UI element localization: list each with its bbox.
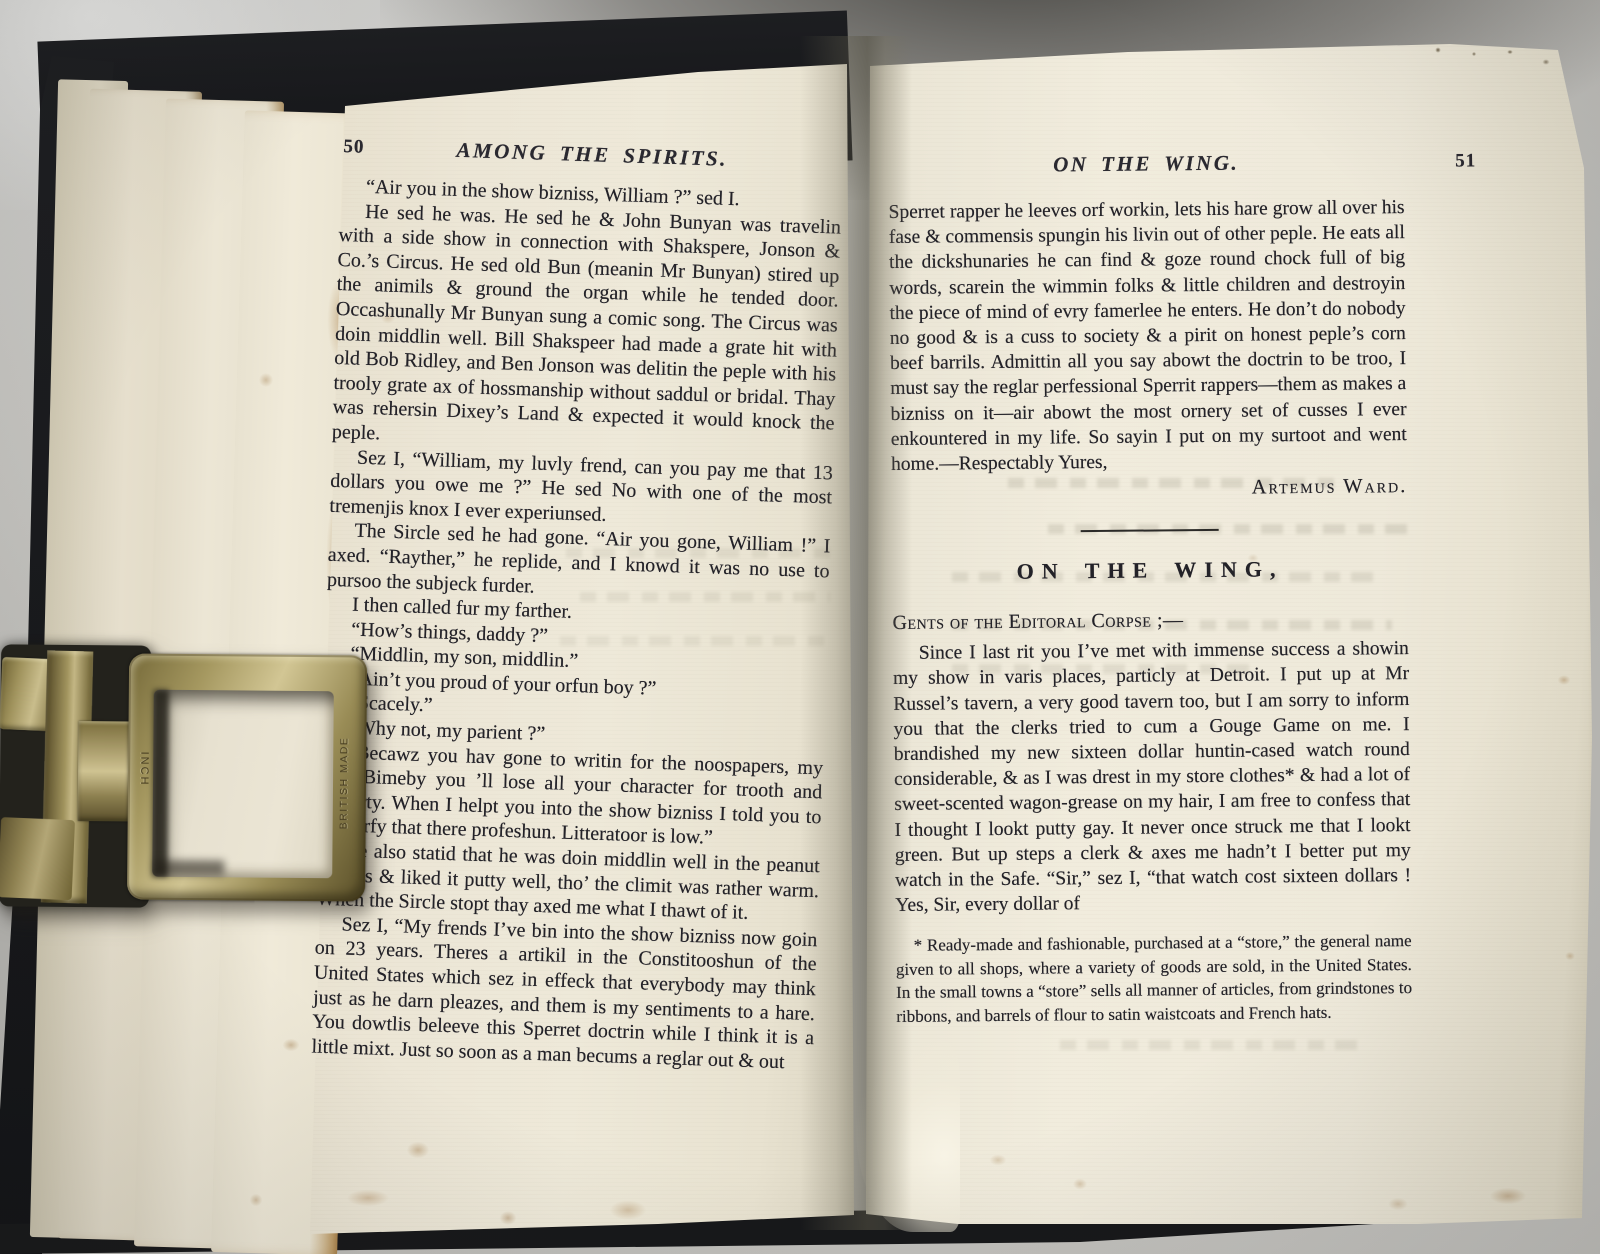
right-page-header: ON THE WING. 51 — [888, 143, 1404, 178]
page-number-right: 51 — [1455, 150, 1476, 172]
clasp-stamp-inch: INCH — [138, 752, 150, 792]
clasp-frame-opening — [152, 690, 334, 879]
paragraph: “Becawz you hav gone to writin for the n… — [318, 739, 823, 854]
footnote: * Ready-made and fashionable, purchased … — [896, 929, 1413, 1028]
section-heading: ON THE WING, — [892, 555, 1408, 586]
right-page-body-2: Since I last rit you I’ve met with immen… — [893, 636, 1412, 918]
left-page-text-block: 50 AMONG THE SPIRITS. “Air you in the sh… — [311, 128, 844, 1076]
clasp-frame: INCH BRITISH MADE — [127, 653, 367, 901]
clasp-hinge-bottom — [0, 817, 75, 900]
section-divider — [1081, 529, 1219, 532]
right-page-body: Sperret rapper he leeves orf workin, let… — [888, 195, 1407, 477]
paragraph: Since I last rit you I’ve met with immen… — [893, 636, 1412, 918]
clasp-stamp-british-made: BRITISH MADE — [338, 737, 351, 829]
left-page-body: “Air you in the show bizniss, William ?”… — [311, 174, 842, 1076]
book-photo: 50 AMONG THE SPIRITS. “Air you in the sh… — [0, 0, 1600, 1254]
right-page-text-block: ON THE WING. 51 Sperret rapper he leeves… — [888, 143, 1412, 1028]
author-signature: Artemus Ward. — [891, 474, 1407, 504]
running-head-right: ON THE WING. — [888, 149, 1404, 179]
salutation: Gents of the Editoral Corpse ;— — [892, 607, 1408, 635]
paragraph: Sez I, “My frends I’ve bin into the show… — [311, 911, 818, 1075]
paragraph: Sperret rapper he leeves orf workin, let… — [888, 195, 1407, 477]
brass-clasp: INCH BRITISH MADE — [0, 638, 381, 933]
paragraph: He sed he was. He sed he & John Bunyan w… — [332, 199, 842, 461]
